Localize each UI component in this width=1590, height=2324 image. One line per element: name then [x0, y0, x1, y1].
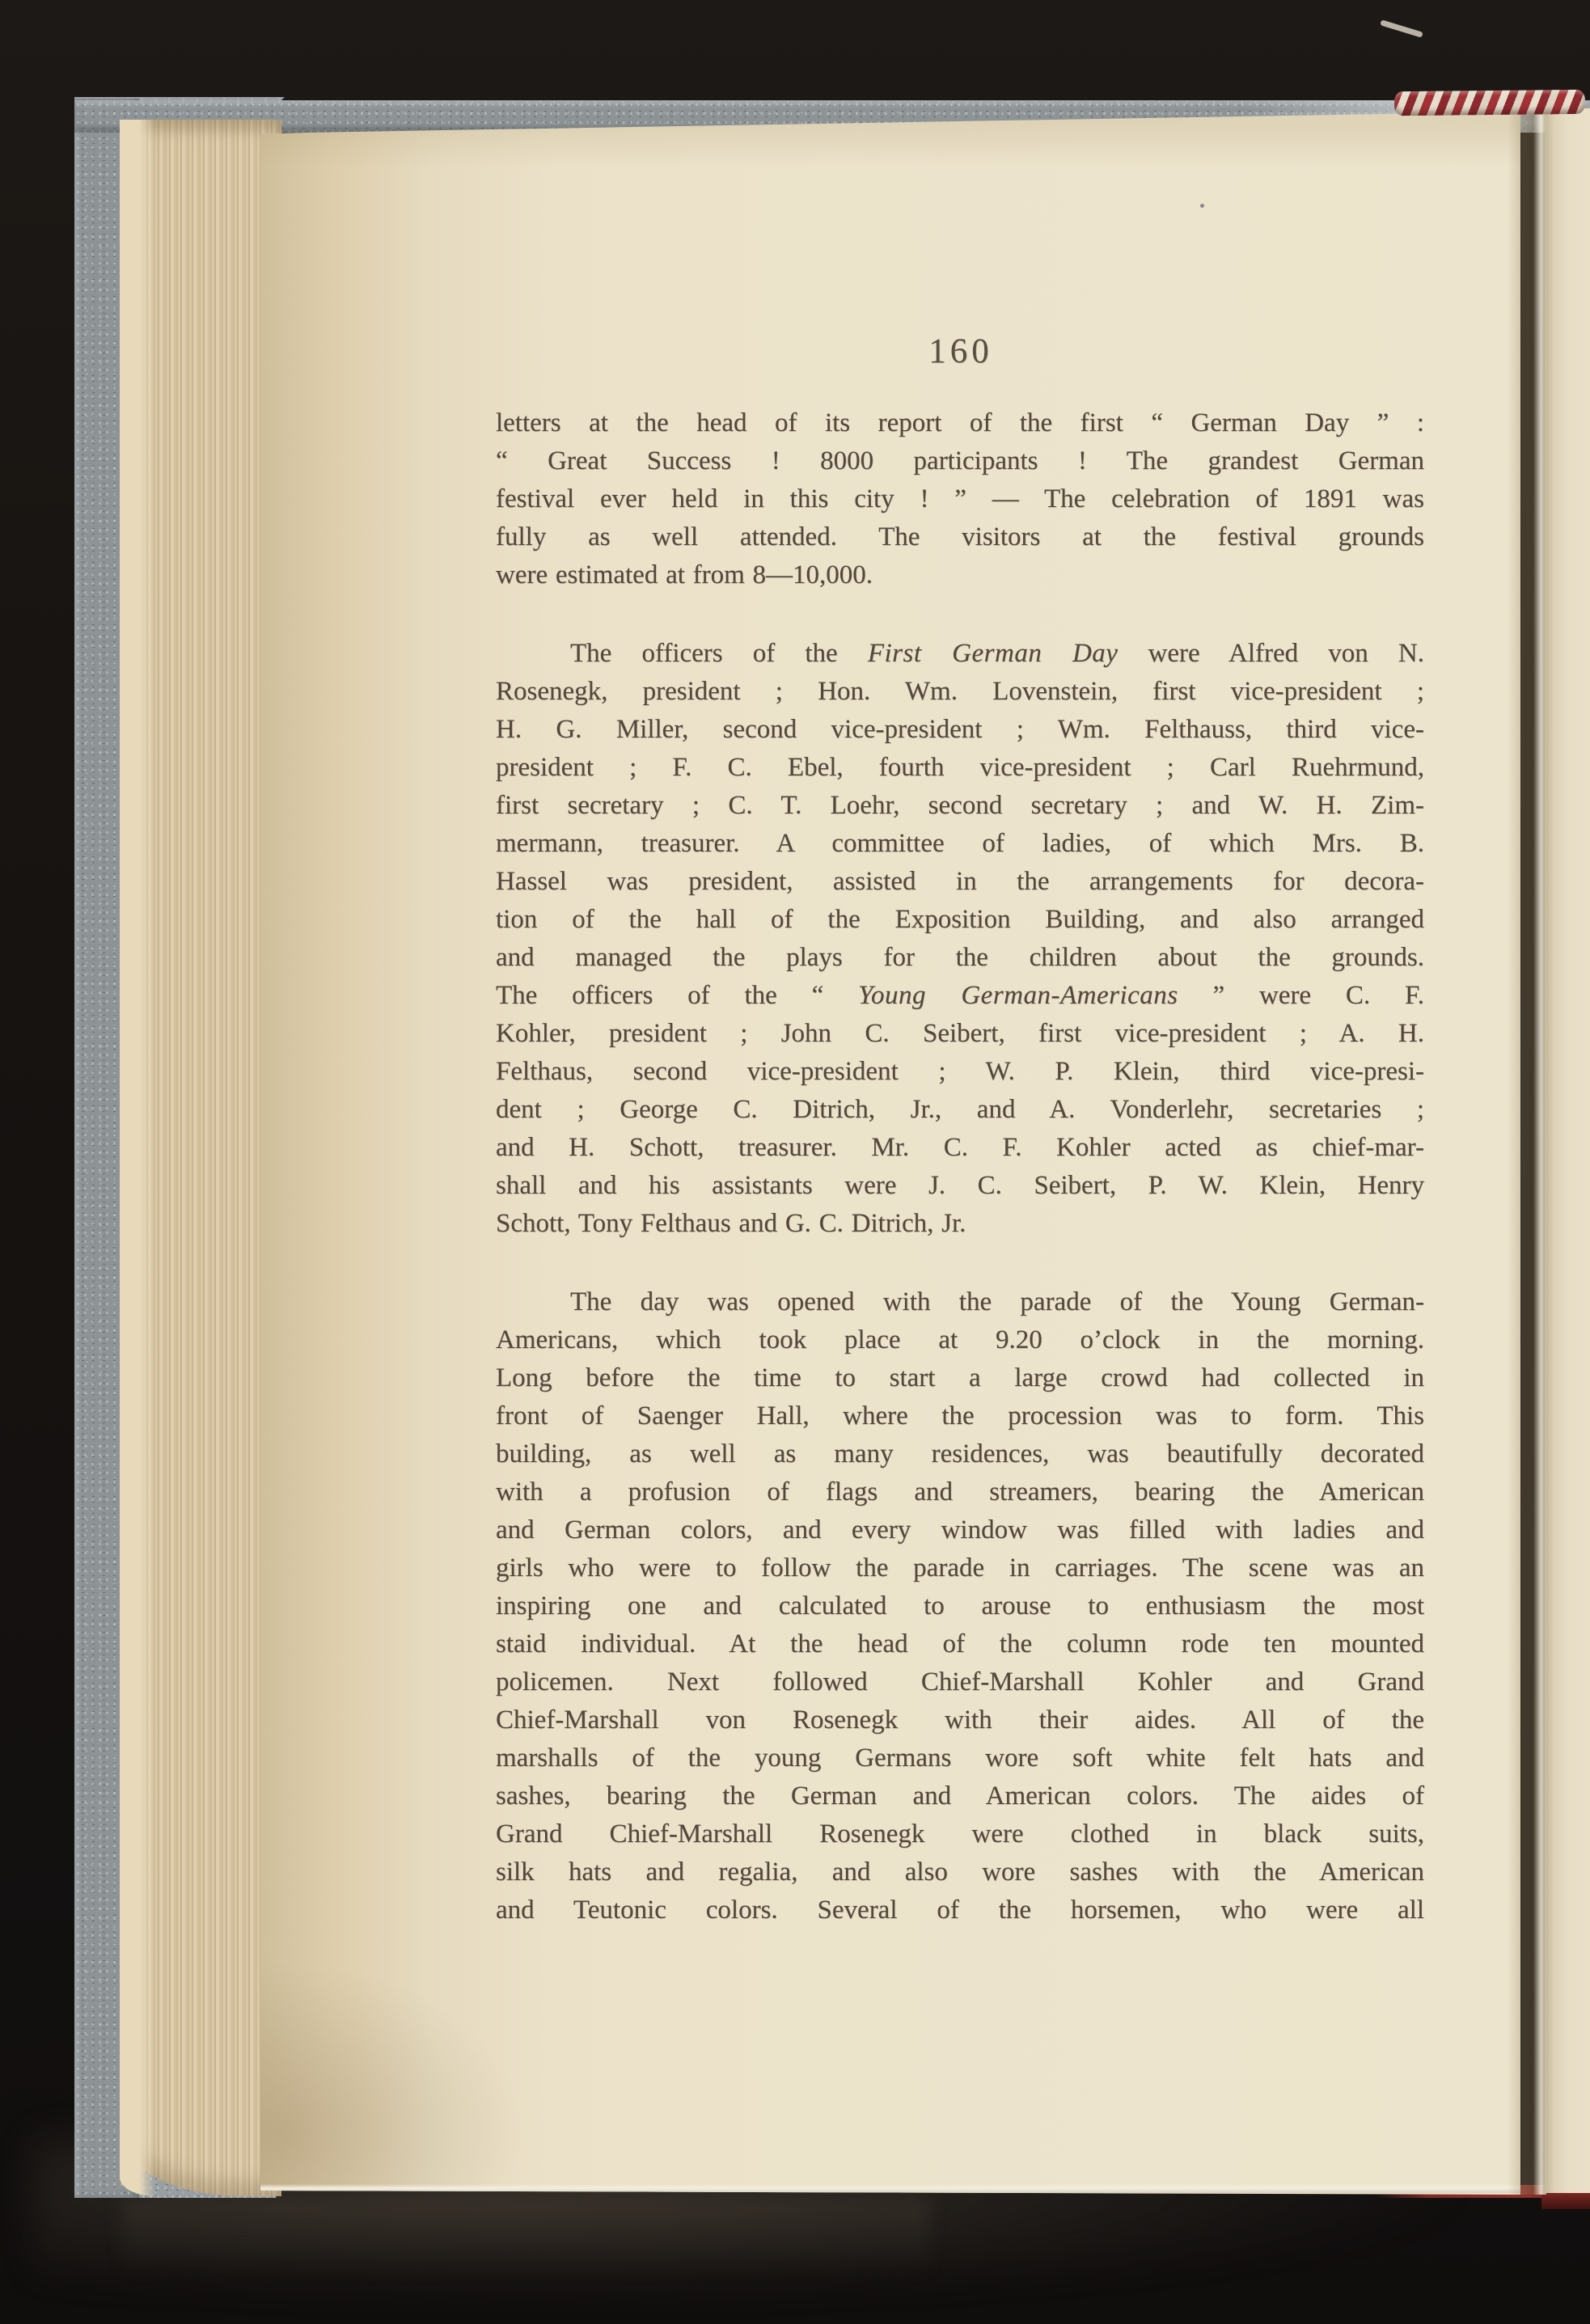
paragraph: letters at the head of its report of the…: [496, 404, 1424, 594]
text-segment: inspiring one and calculated to arouse t…: [496, 1591, 1424, 1620]
text-line: The officers of the First German Day wer…: [496, 635, 1424, 673]
text-segment: Hassel was president, assisted in the ar…: [496, 867, 1424, 896]
text-segment: mermann, treasurer. A committee of ladie…: [496, 829, 1424, 858]
text-line: girls who were to follow the parade in c…: [496, 1549, 1424, 1587]
text-segment: Grand Chief-Marshall Rosenegk were cloth…: [496, 1819, 1424, 1849]
text-line: letters at the head of its report of the…: [496, 404, 1424, 442]
text-line: Grand Chief-Marshall Rosenegk were cloth…: [496, 1815, 1424, 1853]
text-line: Americans, which took place at 9.20 o’cl…: [496, 1321, 1424, 1359]
text-segment: sashes, bearing the German and American …: [496, 1781, 1424, 1811]
text-line: The day was opened with the parade of th…: [496, 1283, 1424, 1321]
text-segment: Americans, which took place at 9.20 o’cl…: [496, 1325, 1424, 1354]
italic-text-segment: First German Day: [868, 639, 1118, 668]
text-line: H. G. Miller, second vice-president ; Wm…: [496, 711, 1424, 749]
text-segment: staid individual. At the head of the col…: [496, 1629, 1424, 1658]
printed-text-layer: 160 letters at the head of its report of…: [0, 0, 1590, 2324]
text-line: and Teutonic colors. Several of the hors…: [496, 1891, 1424, 1929]
text-segment: policemen. Next followed Chief-Marshall …: [496, 1667, 1424, 1697]
text-line: “ Great Success ! 8000 participants ! Th…: [496, 442, 1424, 480]
text-segment: shall and his assistants were J. C. Seib…: [496, 1171, 1424, 1200]
scan-background: 160 letters at the head of its report of…: [0, 0, 1590, 2324]
text-line: silk hats and regalia, and also wore sas…: [496, 1853, 1424, 1891]
text-segment: girls who were to follow the parade in c…: [496, 1553, 1424, 1582]
text-segment: The officers of the “: [496, 981, 858, 1010]
text-segment: and German colors, and every window was …: [496, 1515, 1424, 1544]
text-line: with a profusion of flags and streamers,…: [496, 1473, 1424, 1511]
text-segment: The officers of the: [570, 639, 868, 668]
text-line: sashes, bearing the German and American …: [496, 1777, 1424, 1815]
text-line: Long before the time to start a large cr…: [496, 1359, 1424, 1397]
text-segment: festival ever held in this city ! ” — Th…: [496, 484, 1424, 513]
text-segment: were Alfred von N.: [1118, 639, 1424, 668]
text-line: front of Saenger Hall, where the process…: [496, 1397, 1424, 1435]
paragraph: The officers of the First German Day wer…: [496, 635, 1424, 1243]
text-line: and German colors, and every window was …: [496, 1511, 1424, 1549]
text-segment: marshalls of the young Germans wore soft…: [496, 1743, 1424, 1773]
text-line: Hassel was president, assisted in the ar…: [496, 863, 1424, 901]
text-line: festival ever held in this city ! ” — Th…: [496, 480, 1424, 518]
text-segment: front of Saenger Hall, where the process…: [496, 1401, 1424, 1430]
text-segment: Schott, Tony Felthaus and G. C. Ditrich,…: [496, 1209, 966, 1238]
text-segment: were estimated at from 8—10,000.: [496, 560, 873, 589]
text-line: dent ; George C. Ditrich, Jr., and A. Vo…: [496, 1091, 1424, 1129]
text-segment: with a profusion of flags and streamers,…: [496, 1477, 1424, 1506]
paragraph: The day was opened with the parade of th…: [496, 1283, 1424, 1929]
text-line: marshalls of the young Germans wore soft…: [496, 1739, 1424, 1777]
text-line: were estimated at from 8—10,000.: [496, 556, 1424, 594]
text-segment: and managed the plays for the children a…: [496, 943, 1424, 972]
text-segment: Kohler, president ; John C. Seibert, fir…: [496, 1019, 1424, 1048]
text-line: president ; F. C. Ebel, fourth vice-pres…: [496, 749, 1424, 787]
text-segment: H. G. Miller, second vice-president ; Wm…: [496, 715, 1424, 744]
text-segment: Long before the time to start a large cr…: [496, 1363, 1424, 1392]
text-segment: tion of the hall of the Exposition Build…: [496, 905, 1424, 934]
text-segment: fully as well attended. The visitors at …: [496, 522, 1424, 551]
text-line: Chief-Marshall von Rosenegk with their a…: [496, 1701, 1424, 1739]
text-line: The officers of the “ Young German-Ameri…: [496, 977, 1424, 1015]
text-segment: Rosenegk, president ; Hon. Wm. Lovenstei…: [496, 677, 1424, 706]
text-segment: dent ; George C. Ditrich, Jr., and A. Vo…: [496, 1095, 1424, 1124]
text-line: policemen. Next followed Chief-Marshall …: [496, 1663, 1424, 1701]
text-line: shall and his assistants were J. C. Seib…: [496, 1167, 1424, 1205]
text-segment: president ; F. C. Ebel, fourth vice-pres…: [496, 753, 1424, 782]
text-line: Schott, Tony Felthaus and G. C. Ditrich,…: [496, 1205, 1424, 1243]
text-line: and H. Schott, treasurer. Mr. C. F. Kohl…: [496, 1129, 1424, 1167]
text-line: fully as well attended. The visitors at …: [496, 518, 1424, 556]
text-line: tion of the hall of the Exposition Build…: [496, 901, 1424, 939]
text-line: mermann, treasurer. A committee of ladie…: [496, 825, 1424, 863]
text-block: letters at the head of its report of the…: [496, 404, 1424, 1929]
italic-text-segment: Young German-Americans: [858, 981, 1178, 1010]
text-line: inspiring one and calculated to arouse t…: [496, 1587, 1424, 1625]
text-line: Kohler, president ; John C. Seibert, fir…: [496, 1015, 1424, 1053]
text-segment: ” were C. F.: [1178, 981, 1424, 1010]
text-segment: silk hats and regalia, and also wore sas…: [496, 1857, 1424, 1887]
text-line: Felthaus, second vice-president ; W. P. …: [496, 1053, 1424, 1091]
text-line: first secretary ; C. T. Loehr, second se…: [496, 787, 1424, 825]
text-segment: letters at the head of its report of the…: [496, 408, 1424, 437]
text-segment: and H. Schott, treasurer. Mr. C. F. Kohl…: [496, 1133, 1424, 1162]
text-segment: first secretary ; C. T. Loehr, second se…: [496, 791, 1424, 820]
text-segment: Felthaus, second vice-president ; W. P. …: [496, 1057, 1424, 1086]
text-segment: Chief-Marshall von Rosenegk with their a…: [496, 1705, 1424, 1735]
text-segment: and Teutonic colors. Several of the hors…: [496, 1895, 1424, 1925]
text-segment: building, as well as many residences, wa…: [496, 1439, 1424, 1468]
text-line: Rosenegk, president ; Hon. Wm. Lovenstei…: [496, 673, 1424, 711]
text-segment: “ Great Success ! 8000 participants ! Th…: [496, 446, 1424, 475]
text-line: staid individual. At the head of the col…: [496, 1625, 1424, 1663]
page-number: 160: [500, 332, 1422, 371]
text-line: building, as well as many residences, wa…: [496, 1435, 1424, 1473]
text-line: and managed the plays for the children a…: [496, 939, 1424, 977]
text-segment: The day was opened with the parade of th…: [570, 1287, 1424, 1316]
